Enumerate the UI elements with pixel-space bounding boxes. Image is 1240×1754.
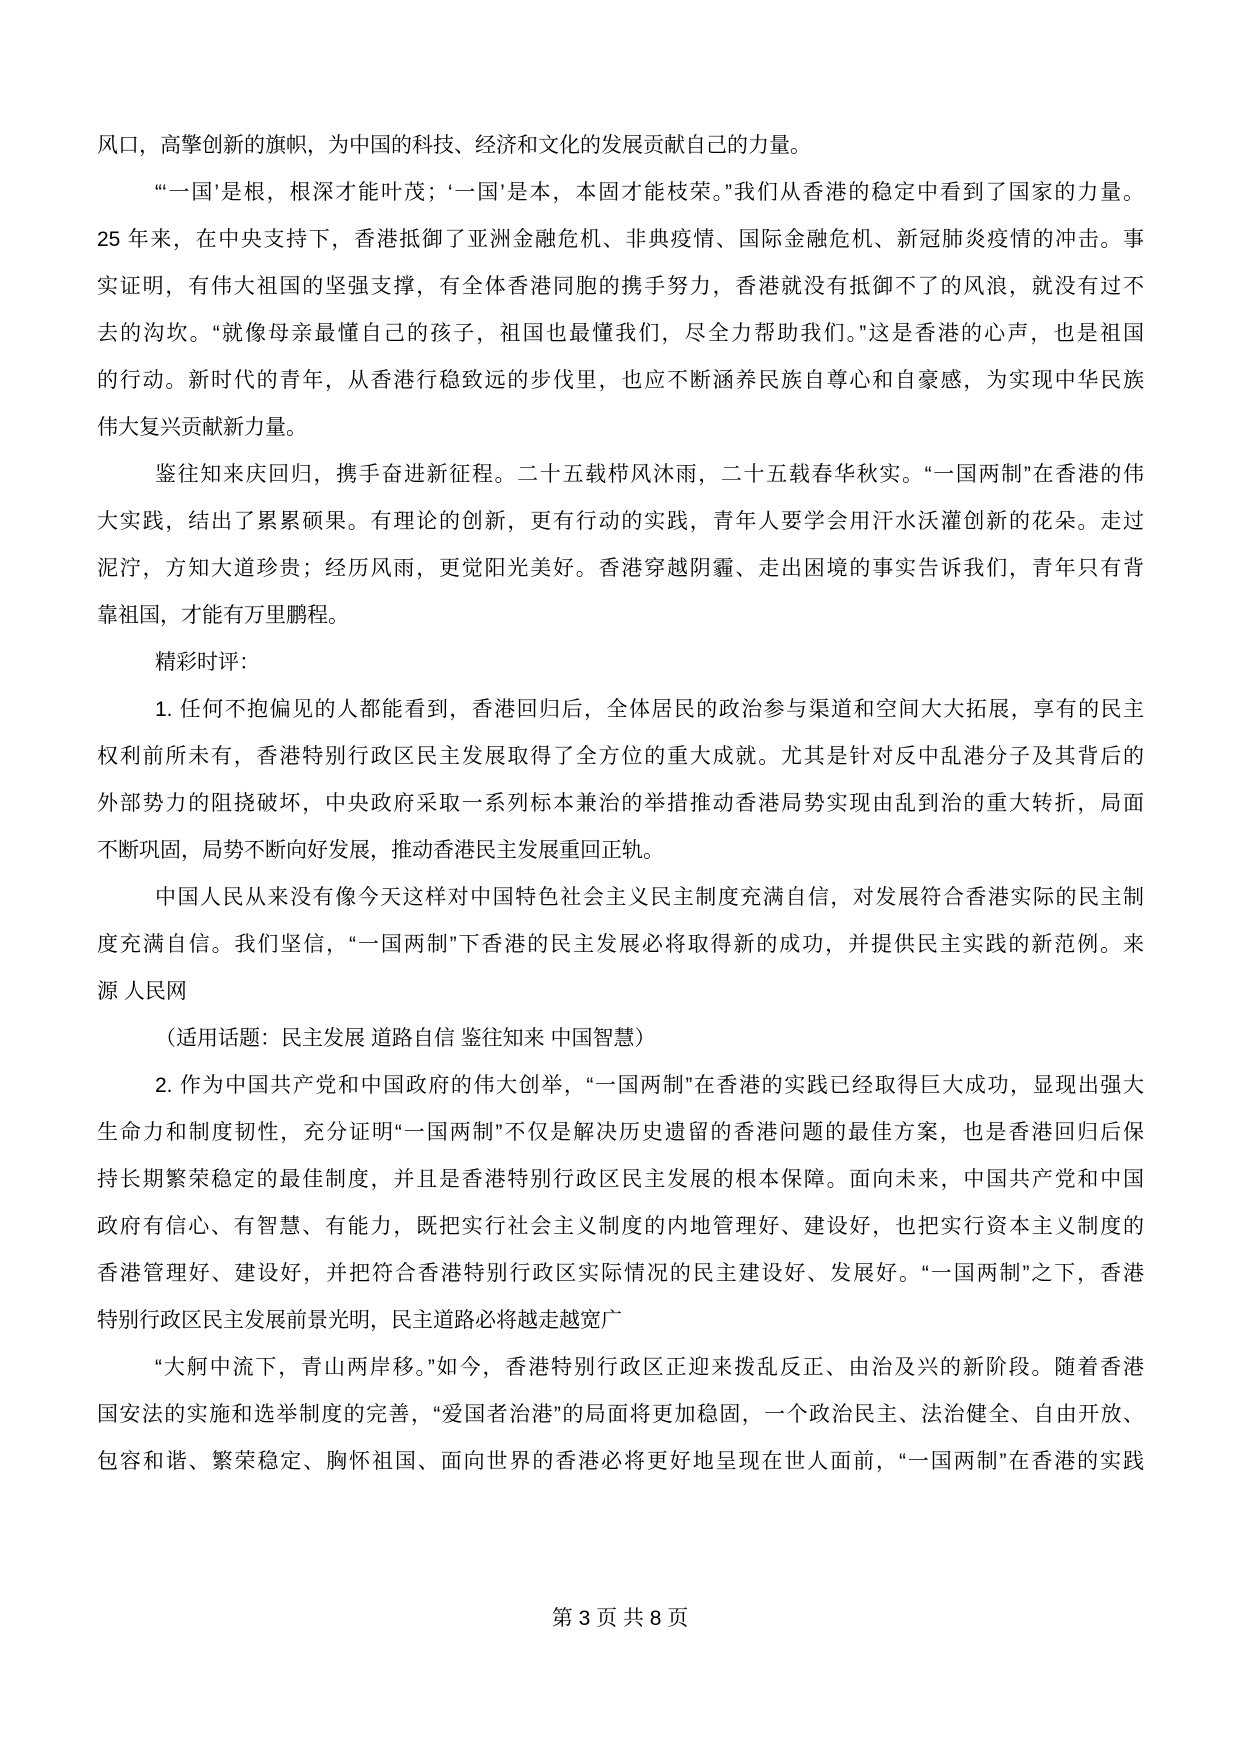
text-line: 不断巩固，局势不断向好发展，推动香港民主发展重回正轨。	[97, 827, 1144, 874]
text-line: 中国人民从来没有像今天这样对中国特色社会主义民主制度充满自信，对发展符合香港实际…	[97, 874, 1144, 921]
page-number: 第 3 页 共 8 页	[552, 1607, 689, 1630]
text-line: 2. 作为中国共产党和中国政府的伟大创举，“一国两制”在香港的实践已经取得巨大成…	[97, 1062, 1144, 1109]
text-line: 度充满自信。我们坚信，“一国两制”下香港的民主发展必将取得新的成功，并提供民主实…	[97, 921, 1144, 968]
document-page: 风口，高擎创新的旗帜，为中国的科技、经济和文化的发展贡献自己的力量。“‘一国’是…	[0, 0, 1240, 1754]
text-line: 的行动。新时代的青年，从香港行稳致远的步伐里，也应不断涵养民族自尊心和自豪感，为…	[97, 357, 1144, 404]
text-line: 1. 任何不抱偏见的人都能看到，香港回归后，全体居民的政治参与渠道和空间大大拓展…	[97, 686, 1144, 733]
text-line: 泥泞，方知大道珍贵；经历风雨，更觉阳光美好。香港穿越阴霾、走出困境的事实告诉我们…	[97, 545, 1144, 592]
text-line: 风口，高擎创新的旗帜，为中国的科技、经济和文化的发展贡献自己的力量。	[97, 122, 1144, 169]
text-line: 实证明，有伟大祖国的坚强支撑，有全体香港同胞的携手努力，香港就没有抵御不了的风浪…	[97, 263, 1144, 310]
text-line: 特别行政区民主发展前景光明，民主道路必将越走越宽广	[97, 1297, 1144, 1344]
text-line: “‘一国’是根，根深才能叶茂；‘一国’是本，本固才能枝荣。”我们从香港的稳定中看…	[97, 169, 1144, 216]
text-line: 源 人民网	[97, 968, 1144, 1015]
text-line: 精彩时评：	[97, 639, 1144, 686]
text-line: 大实践，结出了累累硕果。有理论的创新，更有行动的实践，青年人要学会用汗水沃灌创新…	[97, 498, 1144, 545]
page-footer: 第 3 页 共 8 页	[0, 1598, 1240, 1640]
text-line: 香港管理好、建设好，并把符合香港特别行政区实际情况的民主建设好、发展好。“一国两…	[97, 1250, 1144, 1297]
text-line: 鉴往知来庆回归，携手奋进新征程。二十五载栉风沐雨，二十五载春华秋实。“一国两制”…	[97, 451, 1144, 498]
document-body: 风口，高擎创新的旗帜，为中国的科技、经济和文化的发展贡献自己的力量。“‘一国’是…	[97, 122, 1144, 1485]
text-line: 去的沟坎。“就像母亲最懂自己的孩子，祖国也最懂我们，尽全力帮助我们。”这是香港的…	[97, 310, 1144, 357]
text-line: 权利前所未有，香港特别行政区民主发展取得了全方位的重大成就。尤其是针对反中乱港分…	[97, 733, 1144, 780]
text-line: 持长期繁荣稳定的最佳制度，并且是香港特别行政区民主发展的根本保障。面向未来，中国…	[97, 1156, 1144, 1203]
text-line: 包容和谐、繁荣稳定、胸怀祖国、面向世界的香港必将更好地呈现在世人面前，“一国两制…	[97, 1438, 1144, 1485]
text-line: 生命力和制度韧性，充分证明“一国两制”不仅是解决历史遗留的香港问题的最佳方案，也…	[97, 1109, 1144, 1156]
text-line: “大舸中流下，青山两岸移。”如今，香港特别行政区正迎来拨乱反正、由治及兴的新阶段…	[97, 1344, 1144, 1391]
text-line: 政府有信心、有智慧、有能力，既把实行社会主义制度的内地管理好、建设好，也把实行资…	[97, 1203, 1144, 1250]
text-line: 国安法的实施和选举制度的完善，“爱国者治港”的局面将更加稳固，一个政治民主、法治…	[97, 1391, 1144, 1438]
text-line: （适用话题：民主发展 道路自信 鉴往知来 中国智慧）	[97, 1015, 1144, 1062]
text-line: 外部势力的阻挠破坏，中央政府采取一系列标本兼治的举措推动香港局势实现由乱到治的重…	[97, 780, 1144, 827]
text-line: 靠祖国，才能有万里鹏程。	[97, 592, 1144, 639]
text-line: 25 年来，在中央支持下，香港抵御了亚洲金融危机、非典疫情、国际金融危机、新冠肺…	[97, 216, 1144, 263]
text-line: 伟大复兴贡献新力量。	[97, 404, 1144, 451]
